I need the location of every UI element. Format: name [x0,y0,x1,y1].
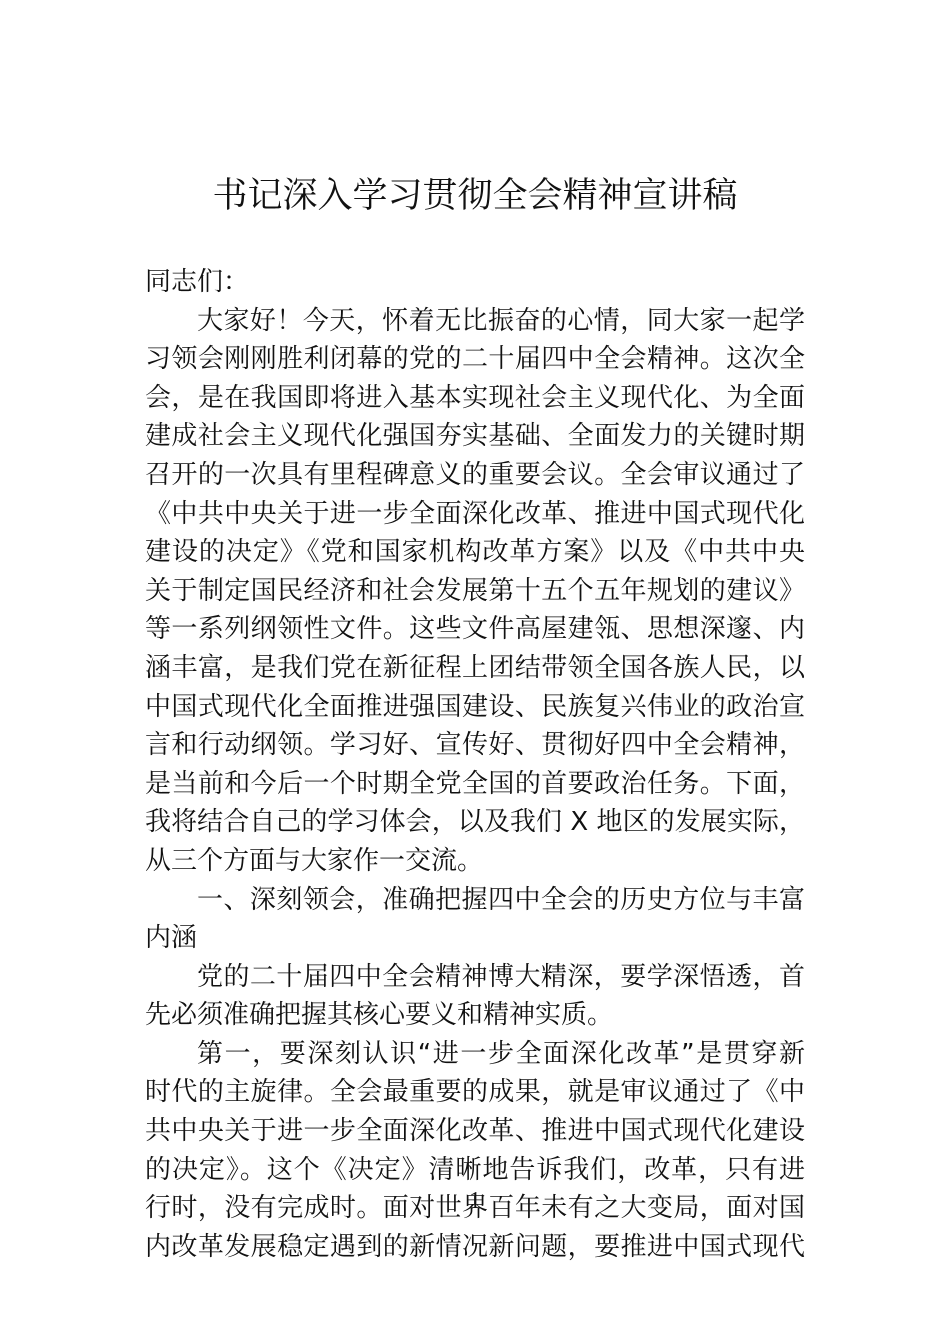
text-line: 建成社会主义现代化强国夯实基础、全面发力的关键时期 [145,417,805,456]
text-line: 大家好！今天，怀着无比振奋的心情，同大家一起学 [145,302,805,341]
text-line: 内涵 [145,919,805,958]
text-line: 一、深刻领会，准确把握四中全会的历史方位与丰富 [145,881,805,920]
text-line: 第一，要深刻认识“进一步全面深化改革”是贯穿新 [145,1035,805,1074]
text-line: 是当前和今后一个时期全党全国的首要政治任务。下面， [145,765,805,804]
text-line: 涵丰富，是我们党在新征程上团结带领全国各族人民，以 [145,649,805,688]
body-text: 大家好！今天，怀着无比振奋的心情，同大家一起学习领会刚刚胜利闭幕的党的二十届四中… [145,302,805,1267]
text-line: 中国式现代化全面推进强国建设、民族复兴伟业的政治宣 [145,688,805,727]
text-line: 我将结合自己的学习体会，以及我们 X 地区的发展实际， [145,803,805,842]
text-line: 会，是在我国即将进入基本实现社会主义现代化、为全面 [145,379,805,418]
text-line: 习领会刚刚胜利闭幕的党的二十届四中全会精神。这次全 [145,340,805,379]
text-line: 先必须准确把握其核心要义和精神实质。 [145,996,805,1035]
document-title: 书记深入学习贯彻全会精神宣讲稿 [0,172,950,220]
text-line: 等一系列纲领性文件。这些文件高屋建瓴、思想深邃、内 [145,610,805,649]
text-line: 时代的主旋律。全会最重要的成果，就是审议通过了《中 [145,1073,805,1112]
document-body: 同志们： 大家好！今天，怀着无比振奋的心情，同大家一起学习领会刚刚胜利闭幕的党的… [145,263,805,1266]
text-line: 关于制定国民经济和社会发展第十五个五年规划的建议》 [145,572,805,611]
text-line: 党的二十届四中全会精神博大精深，要学深悟透，首 [145,958,805,997]
text-line: 的决定》。这个《决定》清晰地告诉我们，改革，只有进 [145,1151,805,1190]
text-line: 《中共中央关于进一步全面深化改革、推进中国式现代化 [145,495,805,534]
document-page: 书记深入学习贯彻全会精神宣讲稿 同志们： 大家好！今天，怀着无比振奋的心情，同大… [0,0,950,1344]
text-line: 从三个方面与大家作一交流。 [145,842,805,881]
text-line: 内改革发展稳定遇到的新情况新问题，要推进中国式现代 [145,1228,805,1267]
text-line: 共中央关于进一步全面深化改革、推进中国式现代化建设 [145,1112,805,1151]
page-number: 1 [0,1188,950,1215]
text-line: 言和行动纲领。学习好、宣传好、贯彻好四中全会精神， [145,726,805,765]
salutation: 同志们： [145,263,805,302]
text-line: 召开的一次具有里程碑意义的重要会议。全会审议通过了 [145,456,805,495]
text-line: 建设的决定》《党和国家机构改革方案》以及《中共中央 [145,533,805,572]
